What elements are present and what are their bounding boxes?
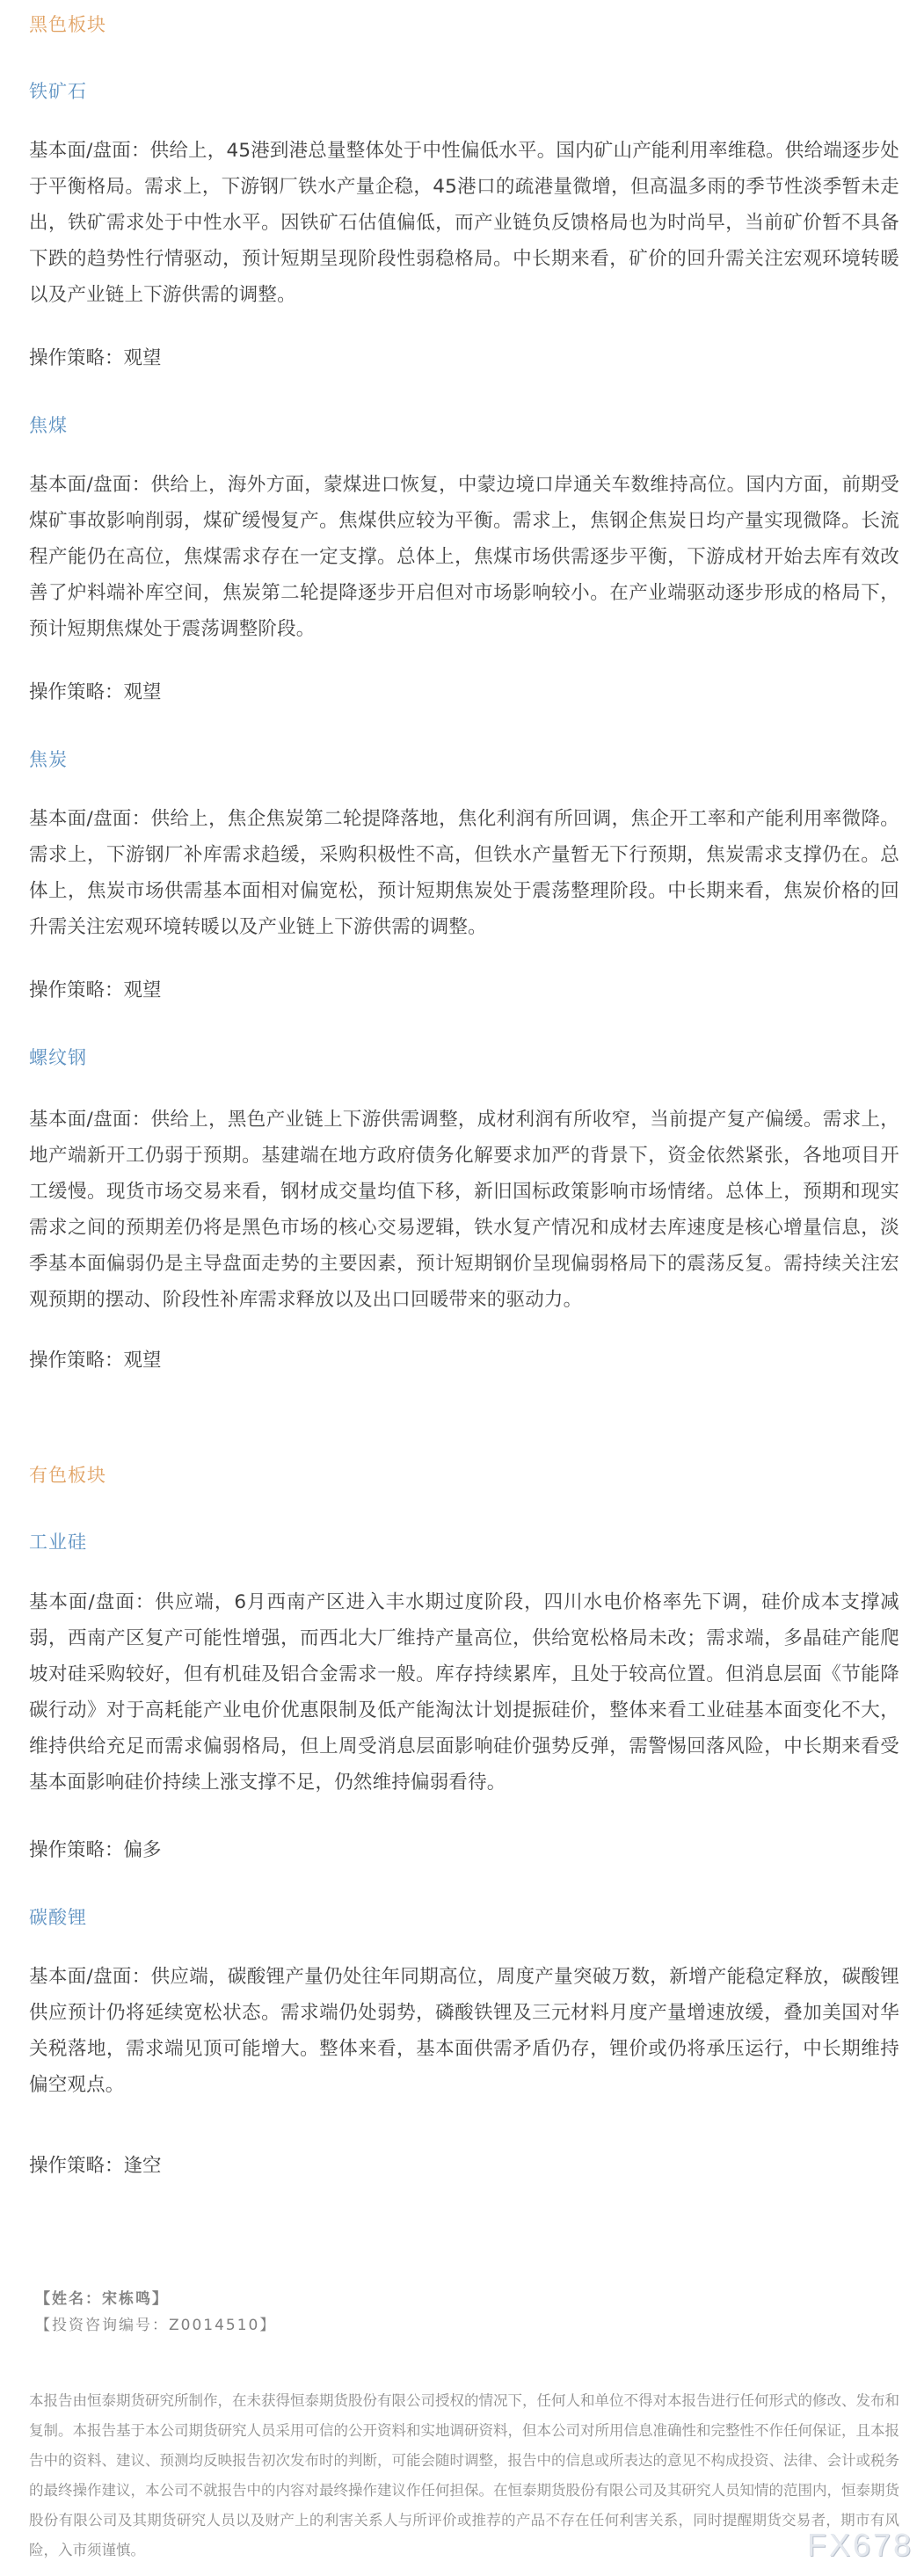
- commodity-title-industrial-silicon: 工业硅: [29, 1530, 87, 1554]
- sector-title-nonferrous: 有色板块: [29, 1463, 106, 1488]
- sector-title-black: 黑色板块: [29, 12, 106, 37]
- commodity-title-iron-ore: 铁矿石: [29, 79, 87, 104]
- commodity-title-rebar: 螺纹钢: [29, 1045, 87, 1070]
- strategy-coking-coal: 操作策略：观望: [29, 680, 162, 705]
- analysis-rebar: 基本面/盘面：供给上，黑色产业链上下游供需调整，成材利润有所收窄，当前提产复产偏…: [29, 1102, 899, 1318]
- watermark-logo: FX678: [807, 2527, 913, 2564]
- author-name: 【姓名：宋栋鸣】: [35, 2288, 169, 2310]
- strategy-industrial-silicon: 操作策略：偏多: [29, 1838, 162, 1863]
- analysis-coking-coal: 基本面/盘面：供给上，海外方面，蒙煤进口恢复，中蒙边境口岸通关车数维持高位。国内…: [29, 467, 899, 647]
- strategy-coke: 操作策略：观望: [29, 979, 162, 1003]
- disclaimer: 本报告由恒泰期货研究所制作，在未获得恒泰期货股份有限公司授权的情况下，任何人和单…: [29, 2386, 899, 2565]
- strategy-rebar: 操作策略：观望: [29, 1349, 162, 1373]
- commodity-title-lithium-carbonate: 碳酸锂: [29, 1905, 87, 1930]
- analysis-lithium-carbonate: 基本面/盘面：供应端，碳酸锂产量仍处往年同期高位，周度产量突破万数，新增产能稳定…: [29, 1959, 899, 2103]
- analysis-coke: 基本面/盘面：供给上，焦企焦炭第二轮提降落地，焦化利润有所回调，焦企开工率和产能…: [29, 801, 899, 945]
- analysis-iron-ore: 基本面/盘面：供给上，45港到港总量整体处于中性偏低水平。国内矿山产能利用率维稳…: [29, 133, 899, 313]
- analysis-industrial-silicon: 基本面/盘面：供应端，6月西南产区进入丰水期过度阶段，四川水电价格率先下调，硅价…: [29, 1584, 899, 1801]
- commodity-title-coke: 焦炭: [29, 747, 68, 772]
- author-license: 【投资咨询编号：Z0014510】: [35, 2314, 276, 2337]
- strategy-lithium-carbonate: 操作策略：逢空: [29, 2154, 162, 2179]
- commodity-title-coking-coal: 焦煤: [29, 413, 68, 438]
- strategy-iron-ore: 操作策略：观望: [29, 346, 162, 371]
